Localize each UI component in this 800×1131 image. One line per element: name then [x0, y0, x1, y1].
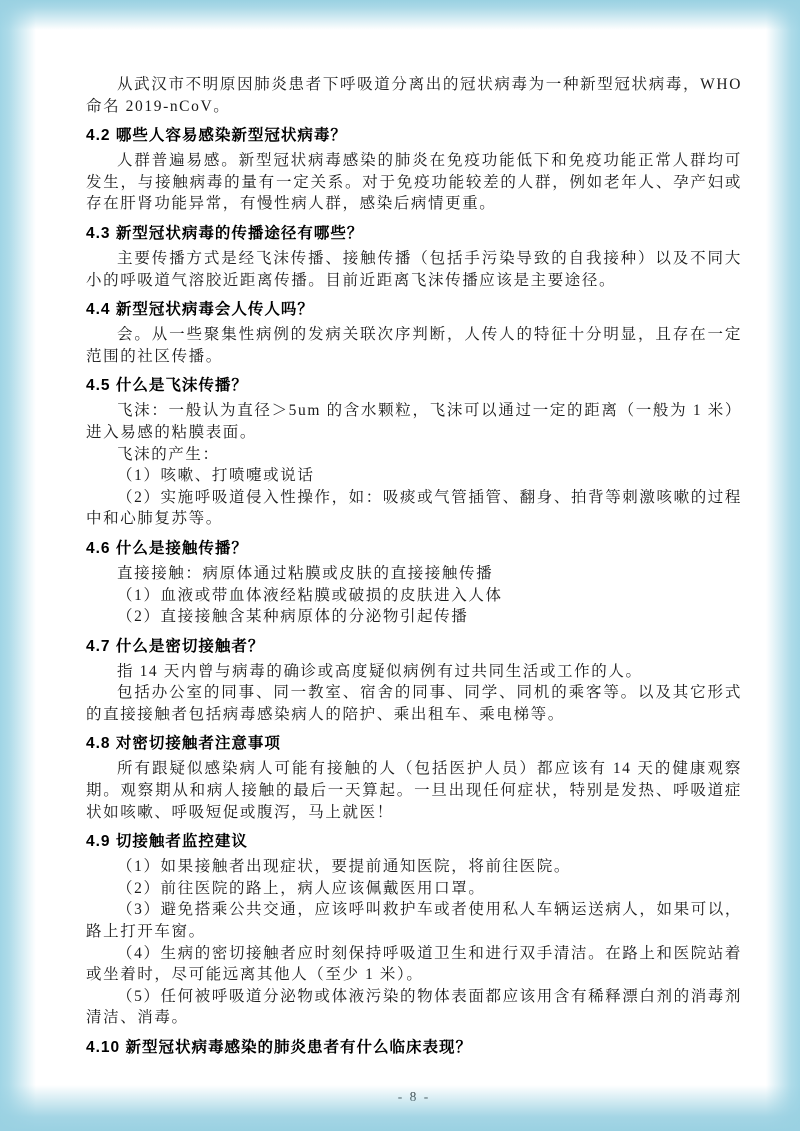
document-page: 从武汉市不明原因肺炎患者下呼吸道分离出的冠状病毒为一种新型冠状病毒，WHO 命名… — [0, 0, 800, 1131]
list-item: （5）任何被呼吸道分泌物或体液污染的物体表面都应该用含有稀释漂白剂的消毒剂清洁、… — [86, 986, 742, 1029]
page-content: 从武汉市不明原因肺炎患者下呼吸道分离出的冠状病毒为一种新型冠状病毒，WHO 命名… — [86, 74, 742, 1108]
section-4-2: 4.2 哪些人容易感染新型冠状病毒？ 人群普遍易感。新型冠状病毒感染的肺炎在免疫… — [86, 125, 742, 215]
section-heading-4-2: 4.2 哪些人容易感染新型冠状病毒？ — [86, 125, 742, 147]
section-4-6: 4.6 什么是接触传播？ 直接接触：病原体通过粘膜或皮肤的直接接触传播 （1）血… — [86, 538, 742, 628]
intro-paragraph: 从武汉市不明原因肺炎患者下呼吸道分离出的冠状病毒为一种新型冠状病毒，WHO 命名… — [86, 74, 742, 117]
list-item: （4）生病的密切接触者应时刻保持呼吸道卫生和进行双手清洁。在路上和医院站着或坐着… — [86, 943, 742, 986]
paragraph: 指 14 天内曾与病毒的确诊或高度疑似病例有过共同生活或工作的人。 — [86, 661, 742, 683]
list-item: （2）前往医院的路上，病人应该佩戴医用口罩。 — [86, 878, 742, 900]
section-4-9: 4.9 切接触者监控建议 （1）如果接触者出现症状，要提前通知医院，将前往医院。… — [86, 831, 742, 1029]
paragraph: 飞沫：一般认为直径＞5um 的含水颗粒，飞沫可以通过一定的距离（一般为 1 米）… — [86, 400, 742, 443]
section-4-3: 4.3 新型冠状病毒的传播途径有哪些？ 主要传播方式是经飞沫传播、接触传播（包括… — [86, 223, 742, 291]
section-heading-4-5: 4.5 什么是飞沫传播？ — [86, 375, 742, 397]
paragraph: 会。从一些聚集性病例的发病关联次序判断，人传人的特征十分明显，且存在一定范围的社… — [86, 324, 742, 367]
section-4-5: 4.5 什么是飞沫传播？ 飞沫：一般认为直径＞5um 的含水颗粒，飞沫可以通过一… — [86, 375, 742, 530]
list-item: （2）直接接触含某种病原体的分泌物引起传播 — [86, 606, 742, 628]
section-heading-4-8: 4.8 对密切接触者注意事项 — [86, 733, 742, 755]
section-4-10: 4.10 新型冠状病毒感染的肺炎患者有什么临床表现？ — [86, 1037, 742, 1059]
page-number: - 8 - — [86, 1086, 742, 1108]
paragraph: 人群普遍易感。新型冠状病毒感染的肺炎在免疫功能低下和免疫功能正常人群均可发生，与… — [86, 150, 742, 215]
paragraph: 直接接触：病原体通过粘膜或皮肤的直接接触传播 — [86, 563, 742, 585]
section-heading-4-10: 4.10 新型冠状病毒感染的肺炎患者有什么临床表现？ — [86, 1037, 742, 1059]
section-4-7: 4.7 什么是密切接触者？ 指 14 天内曾与病毒的确诊或高度疑似病例有过共同生… — [86, 636, 742, 726]
list-item: （1）如果接触者出现症状，要提前通知医院，将前往医院。 — [86, 856, 742, 878]
paragraph: 主要传播方式是经飞沫传播、接触传播（包括手污染导致的自我接种）以及不同大小的呼吸… — [86, 248, 742, 291]
section-heading-4-4: 4.4 新型冠状病毒会人传人吗？ — [86, 299, 742, 321]
section-heading-4-7: 4.7 什么是密切接触者？ — [86, 636, 742, 658]
paragraph: 所有跟疑似感染病人可能有接触的人（包括医护人员）都应该有 14 天的健康观察期。… — [86, 758, 742, 823]
section-4-4: 4.4 新型冠状病毒会人传人吗？ 会。从一些聚集性病例的发病关联次序判断，人传人… — [86, 299, 742, 367]
list-item: （3）避免搭乘公共交通，应该呼叫救护车或者使用私人车辆运送病人，如果可以，路上打… — [86, 899, 742, 942]
paragraph: 飞沫的产生： — [86, 444, 742, 466]
section-4-8: 4.8 对密切接触者注意事项 所有跟疑似感染病人可能有接触的人（包括医护人员）都… — [86, 733, 742, 823]
section-heading-4-3: 4.3 新型冠状病毒的传播途径有哪些？ — [86, 223, 742, 245]
section-heading-4-6: 4.6 什么是接触传播？ — [86, 538, 742, 560]
paragraph: 包括办公室的同事、同一教室、宿舍的同事、同学、同机的乘客等。以及其它形式的直接接… — [86, 682, 742, 725]
list-item: （1）血液或带血体液经粘膜或破损的皮肤进入人体 — [86, 585, 742, 607]
section-heading-4-9: 4.9 切接触者监控建议 — [86, 831, 742, 853]
list-item: （1）咳嗽、打喷嚏或说话 — [86, 465, 742, 487]
list-item: （2）实施呼吸道侵入性操作，如：吸痰或气管插管、翻身、拍背等刺激咳嗽的过程中和心… — [86, 487, 742, 530]
